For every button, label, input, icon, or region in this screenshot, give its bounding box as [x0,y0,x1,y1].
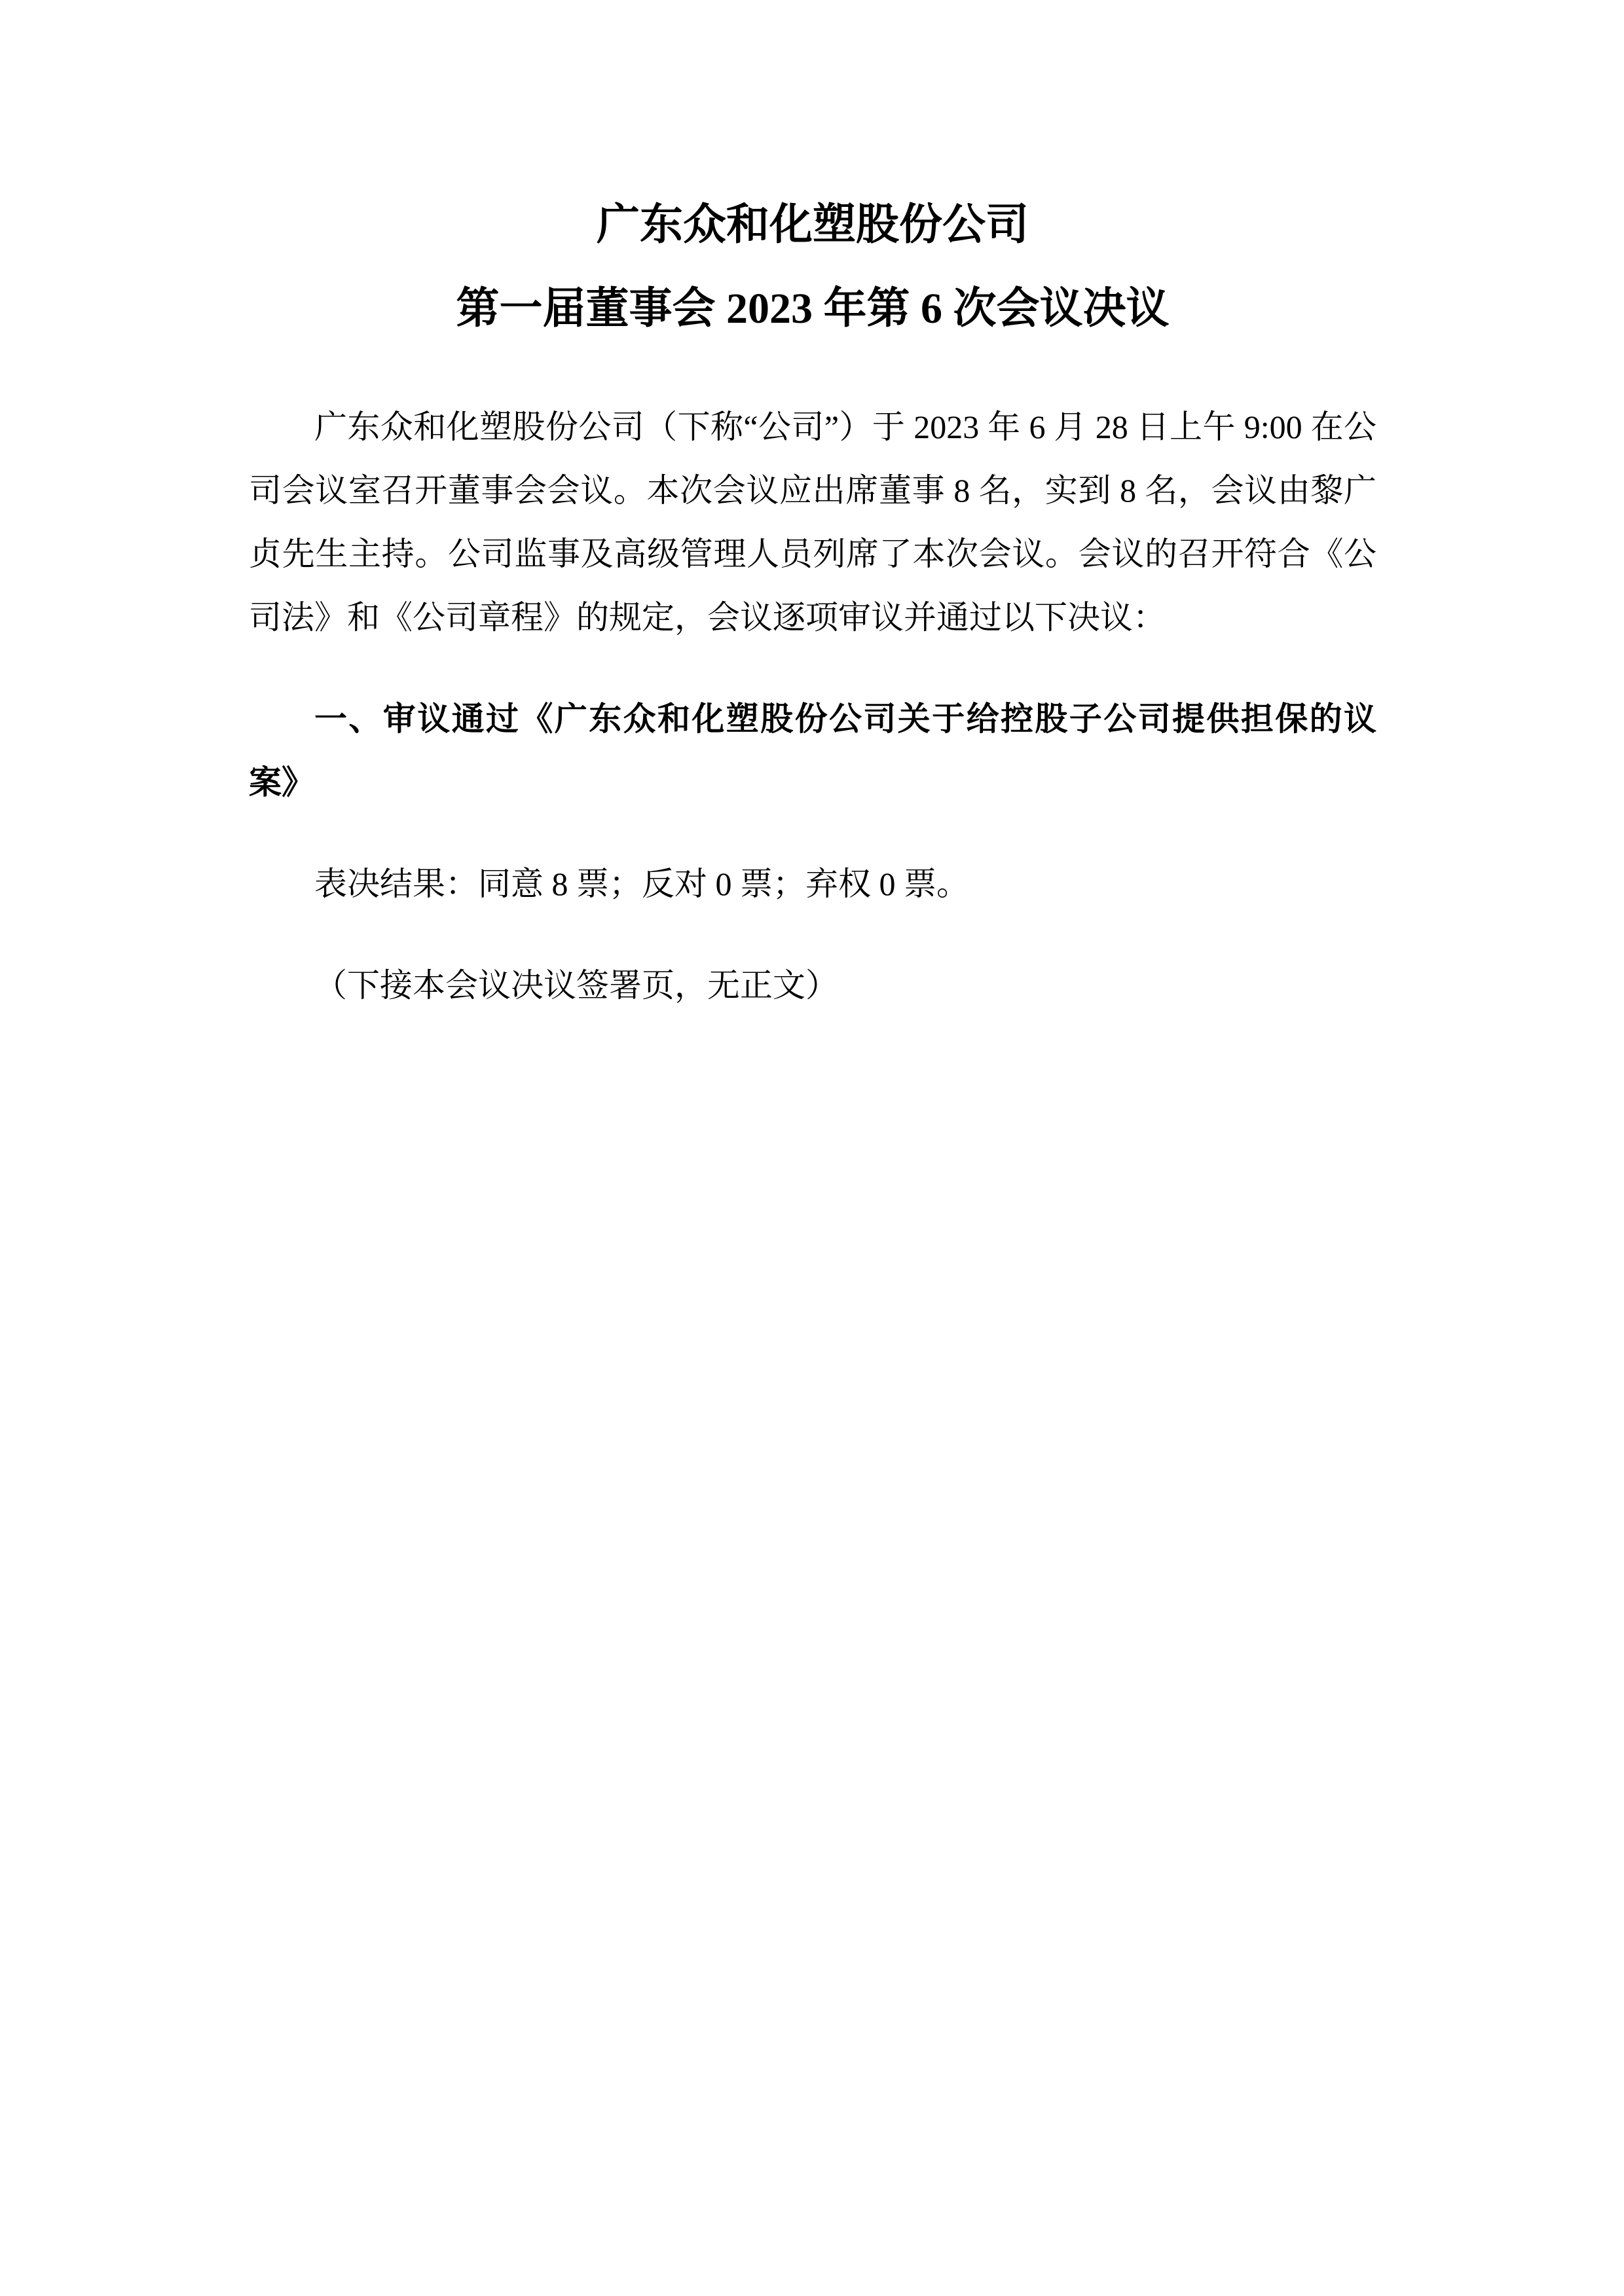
document-page: 广东众和化塑股份公司 第一届董事会 2023 年第 6 次会议决议 广东众和化塑… [0,0,1624,2296]
document-title-line2: 第一届董事会 2023 年第 6 次会议决议 [249,267,1376,351]
document-title-line1: 广东众和化塑股份公司 [249,183,1376,267]
closing-note: （下接本会议决议签署页，无正文） [249,954,1376,1017]
vote-result: 表决结果：同意 8 票；反对 0 票；弃权 0 票。 [249,852,1376,916]
intro-paragraph: 广东众和化塑股份公司（下称“公司”）于 2023 年 6 月 28 日上午 9:… [249,395,1376,649]
resolution-item: 一、审议通过《广东众和化塑股份公司关于给控股子公司提供担保的议案》 [249,687,1376,814]
